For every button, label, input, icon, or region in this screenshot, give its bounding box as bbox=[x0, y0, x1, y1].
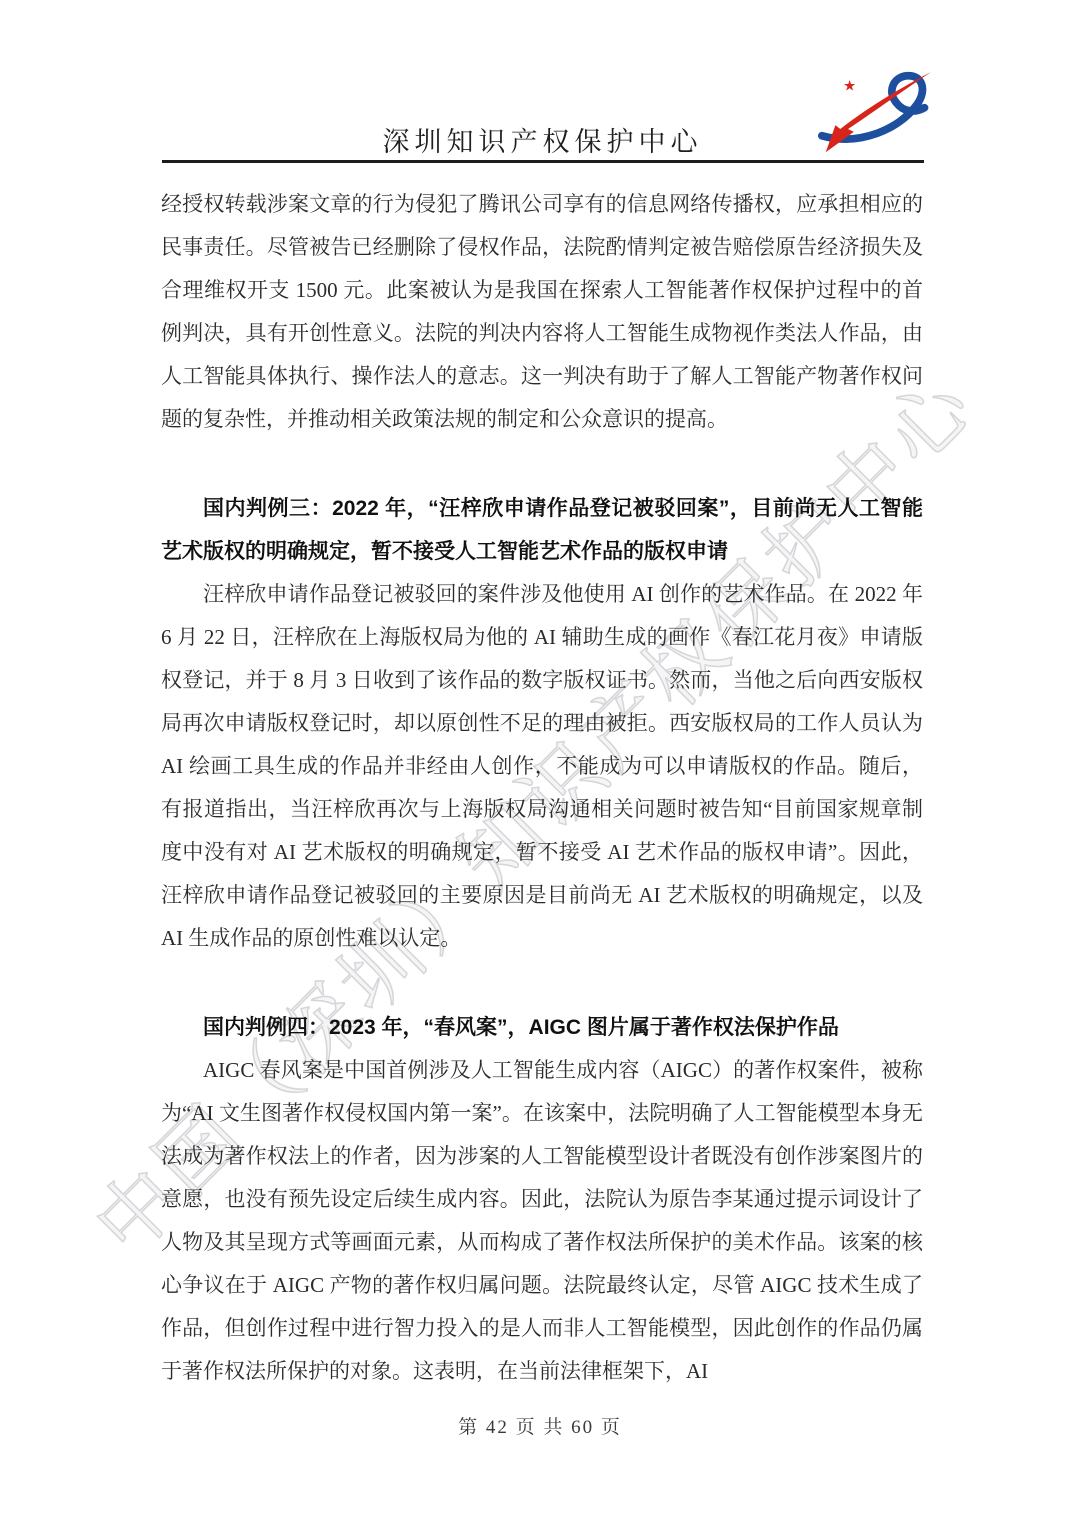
document-body: 经授权转载涉案文章的行为侵犯了腾讯公司享有的信息网络传播权，应承担相应的民事责任… bbox=[161, 183, 923, 1393]
org-title: 深圳知识产权保护中心 bbox=[160, 120, 925, 159]
paragraph-tencent-case-continuation: 经授权转载涉案文章的行为侵犯了腾讯公司享有的信息网络传播权，应承担相应的民事责任… bbox=[161, 183, 923, 441]
document-page: 中国（深圳）知识产权保护中心 深圳知识产权保护中心 ★ 经授权转载涉案文章的行为… bbox=[0, 0, 1080, 1527]
heading-domestic-case-4: 国内判例四：2023 年，“春风案”，AIGC 图片属于著作权法保护作品 bbox=[161, 1006, 923, 1049]
logo-star-icon: ★ bbox=[843, 78, 856, 94]
paragraph-wangzixin-case: 汪梓欣申请作品登记被驳回的案件涉及他使用 AI 创作的艺术作品。在 2022 年… bbox=[161, 573, 923, 960]
heading-domestic-case-3: 国内判例三：2022 年，“汪梓欣申请作品登记被驳回案”，目前尚无人工智能艺术版… bbox=[161, 487, 923, 573]
page-number-footer: 第 42 页 共 60 页 bbox=[0, 1412, 1080, 1439]
org-logo-icon: ★ bbox=[815, 68, 943, 160]
paragraph-aigc-spring-breeze-case: AIGC 春风案是中国首例涉及人工智能生成内容（AIGC）的著作权案件，被称为“… bbox=[161, 1049, 923, 1393]
header-divider bbox=[162, 160, 924, 163]
